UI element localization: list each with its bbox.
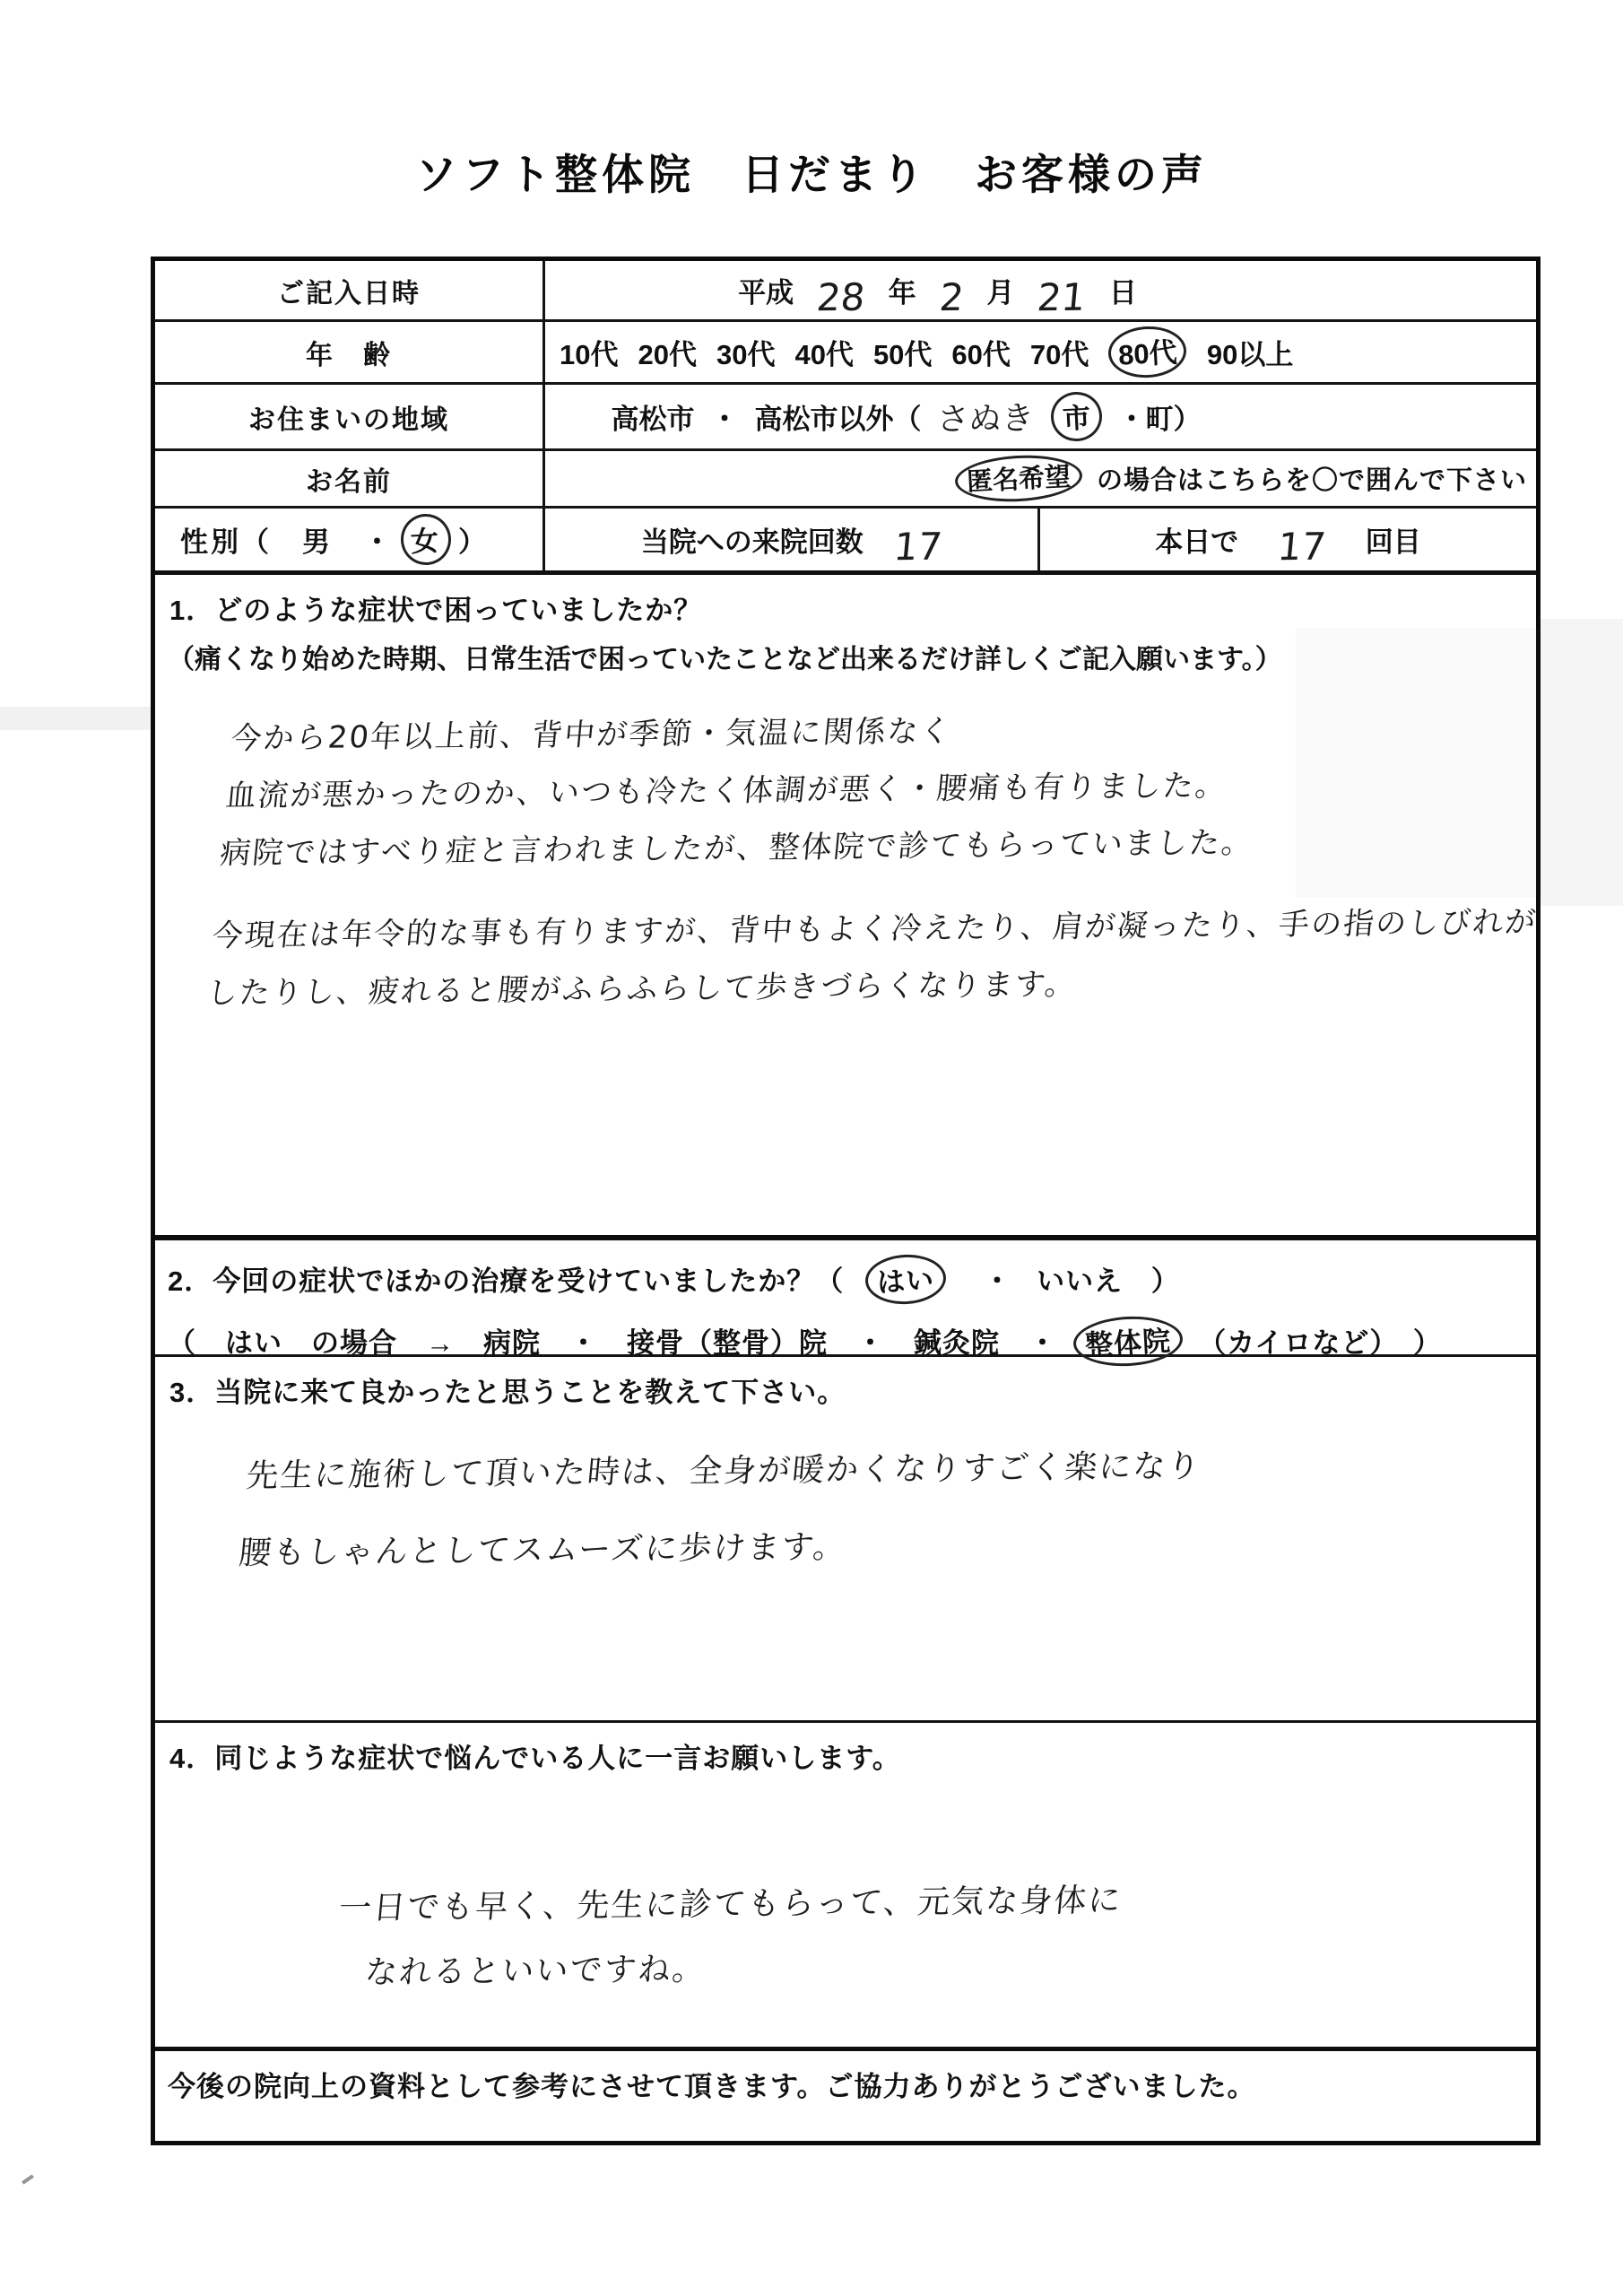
age-option-90plus: 90以上 [1207,332,1293,372]
question4-heading: 4．同じような症状で悩んでいる人に一言お願いします。 [169,1735,1523,1776]
name-label: お名前 [155,451,545,506]
question3-heading: 3．当院に来て良かったと思うことを教えて下さい。 [169,1370,1523,1410]
answer-line: 腰もしゃんとしてスムーズに歩けます。 [235,1505,1197,1592]
question4-answer: 一日でも早く、先生に診てもらって、元気な身体に なれるといいですね。 [330,1868,1125,2005]
scan-artifact-right-smudge [1541,619,1623,906]
question2-options-tail: （カイロなど） ） [1198,1327,1442,1359]
area-handwritten-sanuki: さぬき [935,393,1037,439]
area-value: 高松市 ・ 高松市以外（ さぬき 市 ・町） [545,385,1536,448]
entry-date-label: ご記入日時 [155,261,545,319]
age-option-30s: 30代 [716,332,775,372]
visit-count-cell: 当院への来院回数 17 [545,509,1040,570]
row-age: 年 齢 10代 20代 30代 40代 50代 60代 70代 80代 90以上 [155,322,1536,385]
month-unit: 月 [986,270,1014,310]
visit-count-label: 当院への来院回数 [641,519,864,560]
row-name: お名前 匿名希望 の場合はこちらを〇で囲んで下さい [155,451,1536,509]
form-title: ソフト整体院 日だまり お客様の声 [0,142,1623,202]
scanned-feedback-form: ソフト整体院 日だまり お客様の声 ご記入日時 平成 28 年 2 月 21 日… [0,0,1623,2296]
gender-value: 性別（ 男 ・ 女 ） [155,509,545,570]
age-option-50s: 50代 [873,332,932,372]
answer-line: 先生に施術して頂いた時は、全身が暖かくなりすごく楽になり [242,1428,1204,1515]
age-option-70s: 70代 [1030,332,1089,372]
area-city-circled: 市 [1049,391,1103,443]
question2-box: 2．今回の症状でほかの治療を受けていましたか？（ はい ・ いいえ ） （ はい… [155,1240,1536,1357]
question1-answer: 今から20年以上前、背中が季節・気温に関係なく 血流が悪かったのか、いつも冷たく… [204,696,1558,1022]
question2-separator: ・ [984,1265,1012,1297]
answer-line: 一日でも早く、先生に診てもらって、元気な身体に [336,1868,1125,1941]
question1-heading: 1．どのような症状で困っていましたか？ [169,587,1523,628]
footer-thanks-text: 今後の院向上の資料として参考にさせて頂きます。ご協力ありがとうございました。 [168,2071,1256,2102]
age-option-10s: 10代 [560,332,618,372]
visit-count-handwritten: 17 [891,525,943,570]
name-value: 匿名希望 の場合はこちらを〇で囲んで下さい [545,451,1536,506]
today-unit: 回目 [1366,519,1421,560]
entry-date-value: 平成 28 年 2 月 21 日 [545,261,1536,319]
gender-suffix: ） [458,519,489,560]
age-label: 年 齢 [155,322,545,382]
area-option-takamatsu: 高松市 [611,396,694,437]
era-label: 平成 [738,270,794,310]
row-gender-visits: 性別（ 男 ・ 女 ） 当院への来院回数 17 本日で 17 回目 [155,509,1536,575]
question3-box: 3．当院に来て良かったと思うことを教えて下さい。 先生に施術して頂いた時は、全身… [155,1357,1536,1723]
gender-prefix: 性別（ 男 ・ [180,519,394,560]
area-label: お住まいの地域 [155,385,545,448]
question2-yes-circled: はい [864,1253,947,1307]
question3-answer: 先生に施術して頂いた時は、全身が暖かくなりすごく楽になり 腰もしゃんとしてスムー… [235,1428,1204,1592]
month-handwritten: 2 [937,275,965,319]
today-count-cell: 本日で 17 回目 [1040,509,1536,570]
year-unit: 年 [889,270,916,310]
age-option-80s-circled: 80代 [1107,325,1188,380]
question2-options: （ はい の場合 → 病院 ・ 接骨（整骨）院 ・ 鍼灸院 ・ [168,1327,1057,1359]
question2-close: ） [1151,1265,1180,1297]
area-option-other: 高松市以外（ [754,396,921,437]
age-options: 10代 20代 30代 40代 50代 60代 70代 80代 90以上 [545,322,1536,382]
row-entry-date: ご記入日時 平成 28 年 2 月 21 日 [155,261,1536,322]
anonymous-circled: 匿名希望 [954,452,1083,504]
scan-artifact-pen-mark [22,2174,34,2184]
question2-heading: 2．今回の症状でほかの治療を受けていましたか？（ はい ・ いいえ ） [168,1255,1523,1304]
day-handwritten: 21 [1036,275,1088,320]
age-option-40s: 40代 [794,332,853,372]
area-separator: ・ [710,396,738,437]
footer-row: 今後の院向上の資料として参考にさせて頂きます。ご協力ありがとうございました。 [155,2051,1536,2141]
question1-box: 1．どのような症状で困っていましたか？ （痛くなり始めた時期、日常生活で困ってい… [155,575,1536,1240]
question4-box: 4．同じような症状で悩んでいる人に一言お願いします。 一日でも早く、先生に診ても… [155,1723,1536,2051]
anonymous-note: の場合はこちらを〇で囲んで下さい [1097,460,1527,497]
feedback-form-table: ご記入日時 平成 28 年 2 月 21 日 年 齢 10代 20代 30代 4… [151,257,1541,2145]
row-area: お住まいの地域 高松市 ・ 高松市以外（ さぬき 市 ・町） [155,385,1536,451]
area-tail: ・町） [1118,396,1202,437]
year-handwritten: 28 [815,275,867,320]
scan-artifact-left-band [0,707,151,730]
today-label: 本日で [1155,519,1238,560]
answer-line: なれるといいですね。 [362,1933,1119,2005]
today-count-handwritten: 17 [1276,525,1328,570]
gender-female-circled: 女 [400,513,453,567]
day-unit: 日 [1109,270,1137,310]
question2-no: いいえ [1037,1265,1123,1297]
question1-note: （痛くなり始めた時期、日常生活で困っていたことなど出来るだけ詳しくご記入願います… [168,637,1523,676]
age-option-60s: 60代 [951,332,1010,372]
age-option-20s: 20代 [638,332,696,372]
question2-prefix: 2．今回の症状でほかの治療を受けていましたか？（ [168,1265,844,1297]
